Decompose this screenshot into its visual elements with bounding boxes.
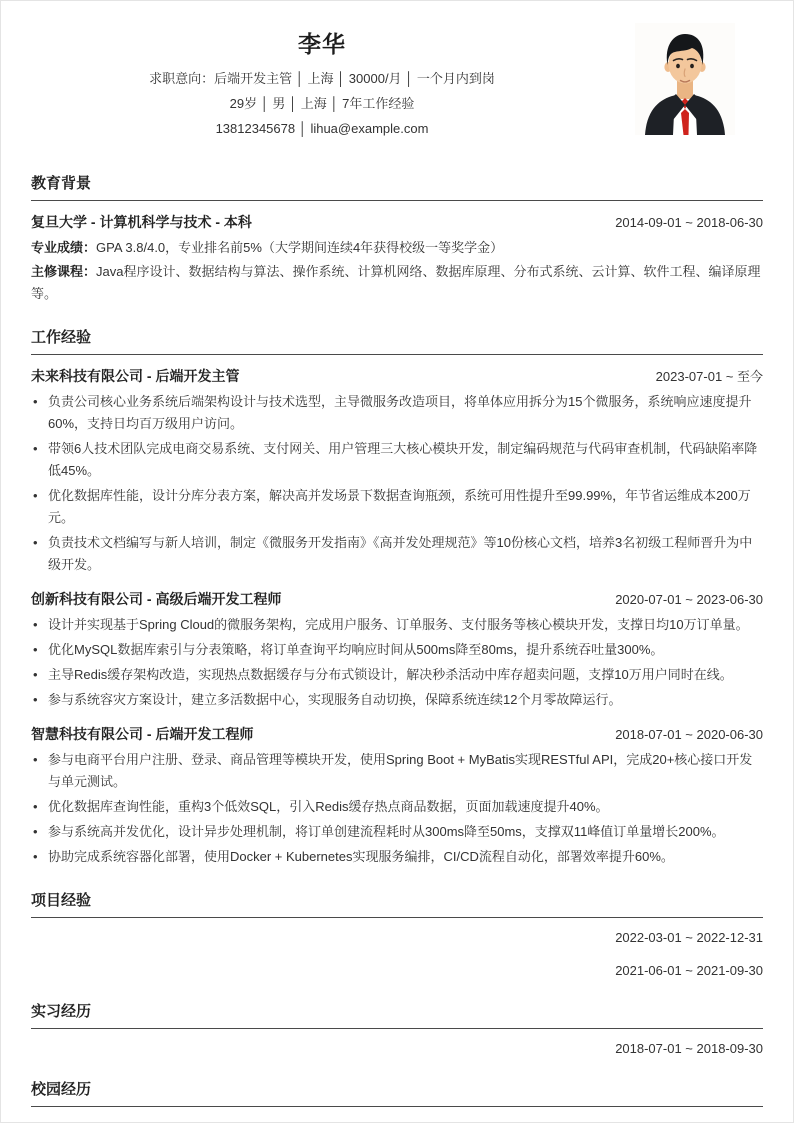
courses-line: 主修课程：Java程序设计、数据结构与算法、操作系统、计算机网络、数据库原理、分… bbox=[31, 261, 763, 305]
work-bullet: 优化数据库查询性能，重构3个低效SQL，引入Redis缓存热点商品数据，页面加载… bbox=[31, 796, 763, 818]
education-section-title: 教育背景 bbox=[31, 175, 763, 201]
project-entry-date: 2022-03-01 ~ 2022-12-31 bbox=[31, 930, 763, 946]
projects-section-title: 项目经验 bbox=[31, 892, 763, 918]
gpa-line: 专业成绩：GPA 3.8/4.0，专业排名前5%（大学期间连续4年获得校级一等奖… bbox=[31, 237, 763, 259]
project-date-range: 2021-06-01 ~ 2021-09-30 bbox=[615, 963, 763, 979]
work-bullet: 参与电商平台用户注册、登录、商品管理等模块开发，使用Spring Boot + … bbox=[31, 749, 763, 793]
job-intent-line: 求职意向：后端开发主管 │ 上海 │ 30000/月 │ 一个月内到岗 bbox=[31, 71, 613, 87]
work-bullet: 优化MySQL数据库索引与分表策略，将订单查询平均响应时间从500ms降至80m… bbox=[31, 639, 763, 661]
education-date-range: 2014-09-01 ~ 2018-06-30 bbox=[615, 215, 763, 231]
resume-header: 李华 求职意向：后端开发主管 │ 上海 │ 30000/月 │ 一个月内到岗 2… bbox=[31, 29, 763, 137]
gpa-label: 专业成绩： bbox=[31, 240, 96, 255]
work-bullet: 负责公司核心业务系统后端架构设计与技术选型，主导微服务改造项目，将单体应用拆分为… bbox=[31, 391, 763, 435]
school-degree: 复旦大学 - 计算机科学与技术 - 本科 bbox=[31, 213, 252, 231]
work-bullet: 带领6人技术团队完成电商交易系统、支付网关、用户管理三大核心模块开发，制定编码规… bbox=[31, 438, 763, 482]
internship-date-range: 2018-07-01 ~ 2018-09-30 bbox=[615, 1041, 763, 1057]
company-role: 创新科技有限公司 - 高级后端开发工程师 bbox=[31, 590, 281, 608]
company-role: 智慧科技有限公司 - 后端开发工程师 bbox=[31, 725, 253, 743]
project-date-range: 2022-03-01 ~ 2022-12-31 bbox=[615, 930, 763, 946]
education-entry-header: 复旦大学 - 计算机科学与技术 - 本科 2014-09-01 ~ 2018-0… bbox=[31, 213, 763, 231]
resume-page: 李华 求职意向：后端开发主管 │ 上海 │ 30000/月 │ 一个月内到岗 2… bbox=[0, 0, 794, 1123]
campus-section-title: 校园经历 bbox=[31, 1081, 763, 1107]
work-bullet: 负责技术文档编写与新人培训，制定《微服务开发指南》《高并发处理规范》等10份核心… bbox=[31, 532, 763, 576]
courses-label: 主修课程： bbox=[31, 264, 96, 279]
section-campus: 校园经历 bbox=[31, 1081, 763, 1107]
work-entry: 智慧科技有限公司 - 后端开发工程师 2018-07-01 ~ 2020-06-… bbox=[31, 725, 763, 868]
section-projects: 项目经验 2022-03-01 ~ 2022-12-31 2021-06-01 … bbox=[31, 892, 763, 979]
avatar-illustration bbox=[635, 23, 735, 135]
gpa-value: GPA 3.8/4.0，专业排名前5%（大学期间连续4年获得校级一等奖学金） bbox=[96, 240, 503, 255]
candidate-name: 李华 bbox=[31, 29, 613, 59]
work-bullet: 优化数据库性能，设计分库分表方案，解决高并发场景下数据查询瓶颈，系统可用性提升至… bbox=[31, 485, 763, 529]
internship-section-title: 实习经历 bbox=[31, 1003, 763, 1029]
header-text-block: 李华 求职意向：后端开发主管 │ 上海 │ 30000/月 │ 一个月内到岗 2… bbox=[31, 29, 613, 137]
section-internship: 实习经历 2018-07-01 ~ 2018-09-30 bbox=[31, 1003, 763, 1057]
work-bullet: 设计并实现基于Spring Cloud的微服务架构，完成用户服务、订单服务、支付… bbox=[31, 614, 763, 636]
work-entry-header: 未来科技有限公司 - 后端开发主管 2023-07-01 ~ 至今 bbox=[31, 367, 763, 385]
work-entry: 创新科技有限公司 - 高级后端开发工程师 2020-07-01 ~ 2023-0… bbox=[31, 590, 763, 711]
work-bullet-list: 参与电商平台用户注册、登录、商品管理等模块开发，使用Spring Boot + … bbox=[31, 749, 763, 868]
section-work: 工作经验 未来科技有限公司 - 后端开发主管 2023-07-01 ~ 至今 负… bbox=[31, 329, 763, 868]
work-date-range: 2020-07-01 ~ 2023-06-30 bbox=[615, 592, 763, 608]
contact-line: 13812345678 │ lihua@example.com bbox=[31, 121, 613, 137]
work-bullet: 参与系统容灾方案设计，建立多活数据中心，实现服务自动切换，保障系统连续12个月零… bbox=[31, 689, 763, 711]
work-entry-header: 创新科技有限公司 - 高级后端开发工程师 2020-07-01 ~ 2023-0… bbox=[31, 590, 763, 608]
work-bullet-list: 负责公司核心业务系统后端架构设计与技术选型，主导微服务改造项目，将单体应用拆分为… bbox=[31, 391, 763, 576]
work-bullet: 参与系统高并发优化，设计异步处理机制，将订单创建流程耗时从300ms降至50ms… bbox=[31, 821, 763, 843]
work-date-range: 2023-07-01 ~ 至今 bbox=[656, 369, 763, 385]
work-bullet: 协助完成系统容器化部署，使用Docker + Kubernetes实现服务编排，… bbox=[31, 846, 763, 868]
work-bullet-list: 设计并实现基于Spring Cloud的微服务架构，完成用户服务、订单服务、支付… bbox=[31, 614, 763, 711]
profile-photo bbox=[635, 23, 735, 135]
work-bullet: 主导Redis缓存架构改造，实现热点数据缓存与分布式锁设计，解决秒杀活动中库存超… bbox=[31, 664, 763, 686]
courses-value: Java程序设计、数据结构与算法、操作系统、计算机网络、数据库原理、分布式系统、… bbox=[31, 264, 760, 301]
project-entry-date: 2021-06-01 ~ 2021-09-30 bbox=[31, 963, 763, 979]
company-role: 未来科技有限公司 - 后端开发主管 bbox=[31, 367, 239, 385]
work-entry-header: 智慧科技有限公司 - 后端开发工程师 2018-07-01 ~ 2020-06-… bbox=[31, 725, 763, 743]
work-section-title: 工作经验 bbox=[31, 329, 763, 355]
section-education: 教育背景 复旦大学 - 计算机科学与技术 - 本科 2014-09-01 ~ 2… bbox=[31, 175, 763, 305]
work-date-range: 2018-07-01 ~ 2020-06-30 bbox=[615, 727, 763, 743]
work-entry: 未来科技有限公司 - 后端开发主管 2023-07-01 ~ 至今 负责公司核心… bbox=[31, 367, 763, 576]
internship-entry-date: 2018-07-01 ~ 2018-09-30 bbox=[31, 1041, 763, 1057]
basic-info-line: 29岁 │ 男 │ 上海 │ 7年工作经验 bbox=[31, 96, 613, 112]
